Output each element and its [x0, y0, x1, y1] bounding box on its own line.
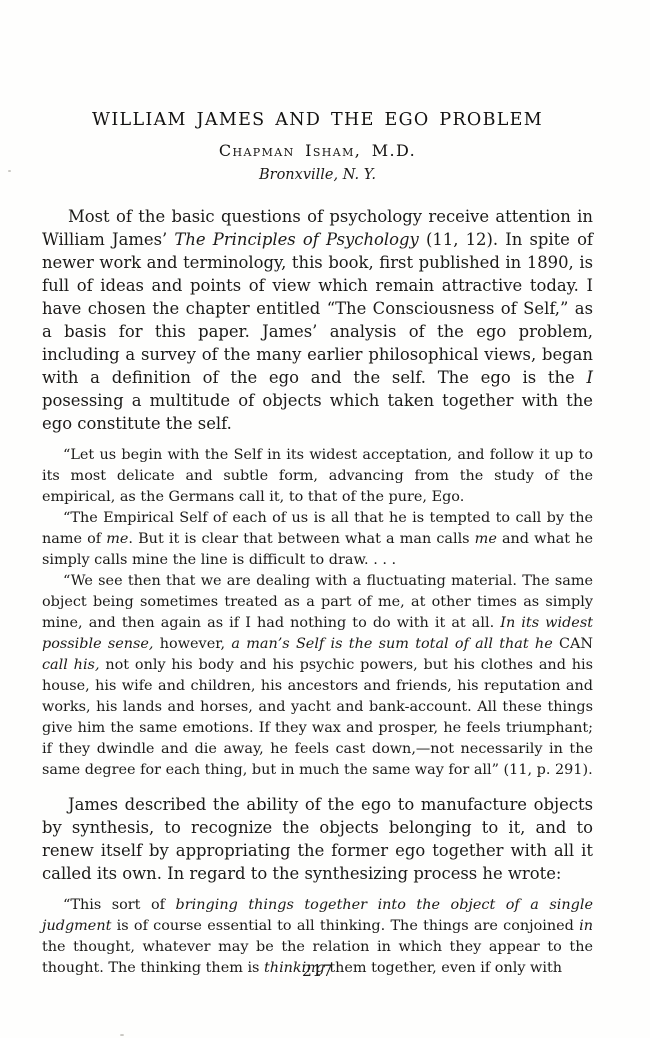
body-paragraph: James described the ability of the ego t… — [42, 793, 593, 885]
article-column: WILLIAM JAMES AND THE EGO PROBLEM Chapma… — [42, 108, 593, 979]
block-quote-paragraph: “The Empirical Self of each of us is all… — [42, 508, 593, 571]
block-quote-paragraph: “Let us begin with the Self in its wides… — [42, 445, 593, 508]
article-header: WILLIAM JAMES AND THE EGO PROBLEM Chapma… — [42, 108, 593, 184]
article-title: WILLIAM JAMES AND THE EGO PROBLEM — [42, 108, 593, 132]
page-number: 217 — [42, 962, 593, 980]
article-body: Most of the basic questions of psycholog… — [42, 205, 593, 979]
article-author: Chapman Isham, M.D. — [42, 141, 593, 160]
block-quote-paragraph: “We see then that we are dealing with a … — [42, 571, 593, 781]
article-location: Bronxville, N. Y. — [42, 166, 593, 184]
scan-speck — [120, 1034, 124, 1036]
scan-speck — [8, 170, 11, 172]
document-page: WILLIAM JAMES AND THE EGO PROBLEM Chapma… — [0, 0, 650, 1038]
body-paragraph: Most of the basic questions of psycholog… — [42, 205, 593, 435]
